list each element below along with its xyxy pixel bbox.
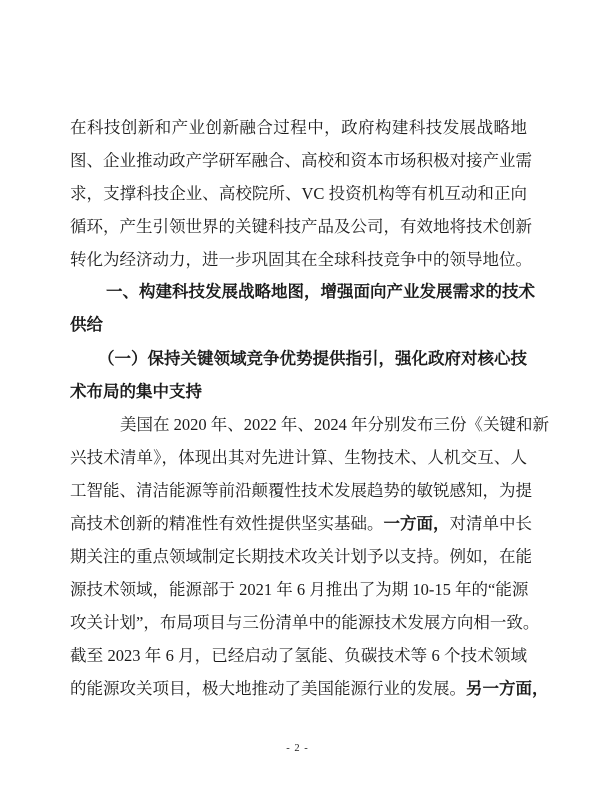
paragraph-line: 攻关计划”，布局项目与三份清单中的能源技术发展方向相一致。 bbox=[70, 606, 527, 639]
body-text-run: 的能源攻关项目，极大地推动了美国能源行业的发展。 bbox=[70, 679, 466, 698]
section-heading-line: 供给 bbox=[70, 309, 527, 342]
paragraph-line: 图、企业推动政产学研军融合、高校和资本市场积极对接产业需 bbox=[70, 144, 527, 177]
paragraph-line: 美国在 2020 年、2022 年、2024 年分别发布三份《关键和新 bbox=[70, 408, 527, 441]
paragraph-line: 转化为经济动力，进一步巩固其在全球科技竞争中的领导地位。 bbox=[70, 243, 527, 276]
text-block: 在科技创新和产业创新融合过程中，政府构建科技发展战略地 图、企业推动政产学研军融… bbox=[70, 111, 527, 705]
paragraph-line: 求，支撑科技企业、高校院所、VC 投资机构等有机互动和正向 bbox=[70, 177, 527, 210]
document-page: 在科技创新和产业创新融合过程中，政府构建科技发展战略地 图、企业推动政产学研军融… bbox=[0, 0, 595, 807]
section-heading-line: 一、构建科技发展战略地图，增强面向产业发展需求的技术 bbox=[70, 276, 527, 309]
paragraph-line: 兴技术清单》，体现出其对先进计算、生物技术、人机交互、人 bbox=[70, 441, 527, 474]
bold-text-run: 一方面， bbox=[384, 515, 450, 533]
body-text-run: 高技术创新的精准性有效性提供坚实基础。 bbox=[70, 514, 384, 533]
paragraph-line: 循环，产生引领世界的关键科技产品及公司，有效地将技术创新 bbox=[70, 210, 527, 243]
paragraph-line: 源技术领域，能源部于 2021 年 6 月推出了为期 10-15 年的“能源 bbox=[70, 573, 527, 606]
paragraph-line: 工智能、清洁能源等前沿颠覆性技术发展趋势的敏锐感知，为提 bbox=[70, 474, 527, 507]
paragraph-line: 在科技创新和产业创新融合过程中，政府构建科技发展战略地 bbox=[70, 111, 527, 144]
bold-text-run: 另一方面， bbox=[466, 680, 549, 698]
paragraph-line: 截至 2023 年 6 月，已经启动了氢能、负碳技术等 6 个技术领域 bbox=[70, 639, 527, 672]
paragraph-line: 高技术创新的精准性有效性提供坚实基础。一方面，对清单中长 bbox=[70, 507, 527, 540]
subsection-heading-line: 术布局的集中支持 bbox=[70, 375, 527, 408]
paragraph-line: 的能源攻关项目，极大地推动了美国能源行业的发展。另一方面， bbox=[70, 672, 527, 705]
page-number: - 2 - bbox=[0, 740, 595, 758]
subsection-heading-line: （一）保持关键领域竞争优势提供指引，强化政府对核心技 bbox=[70, 342, 527, 375]
body-text-run: 对清单中长 bbox=[450, 514, 533, 533]
paragraph-line: 期关注的重点领域制定长期技术攻关计划予以支持。例如，在能 bbox=[70, 540, 527, 573]
